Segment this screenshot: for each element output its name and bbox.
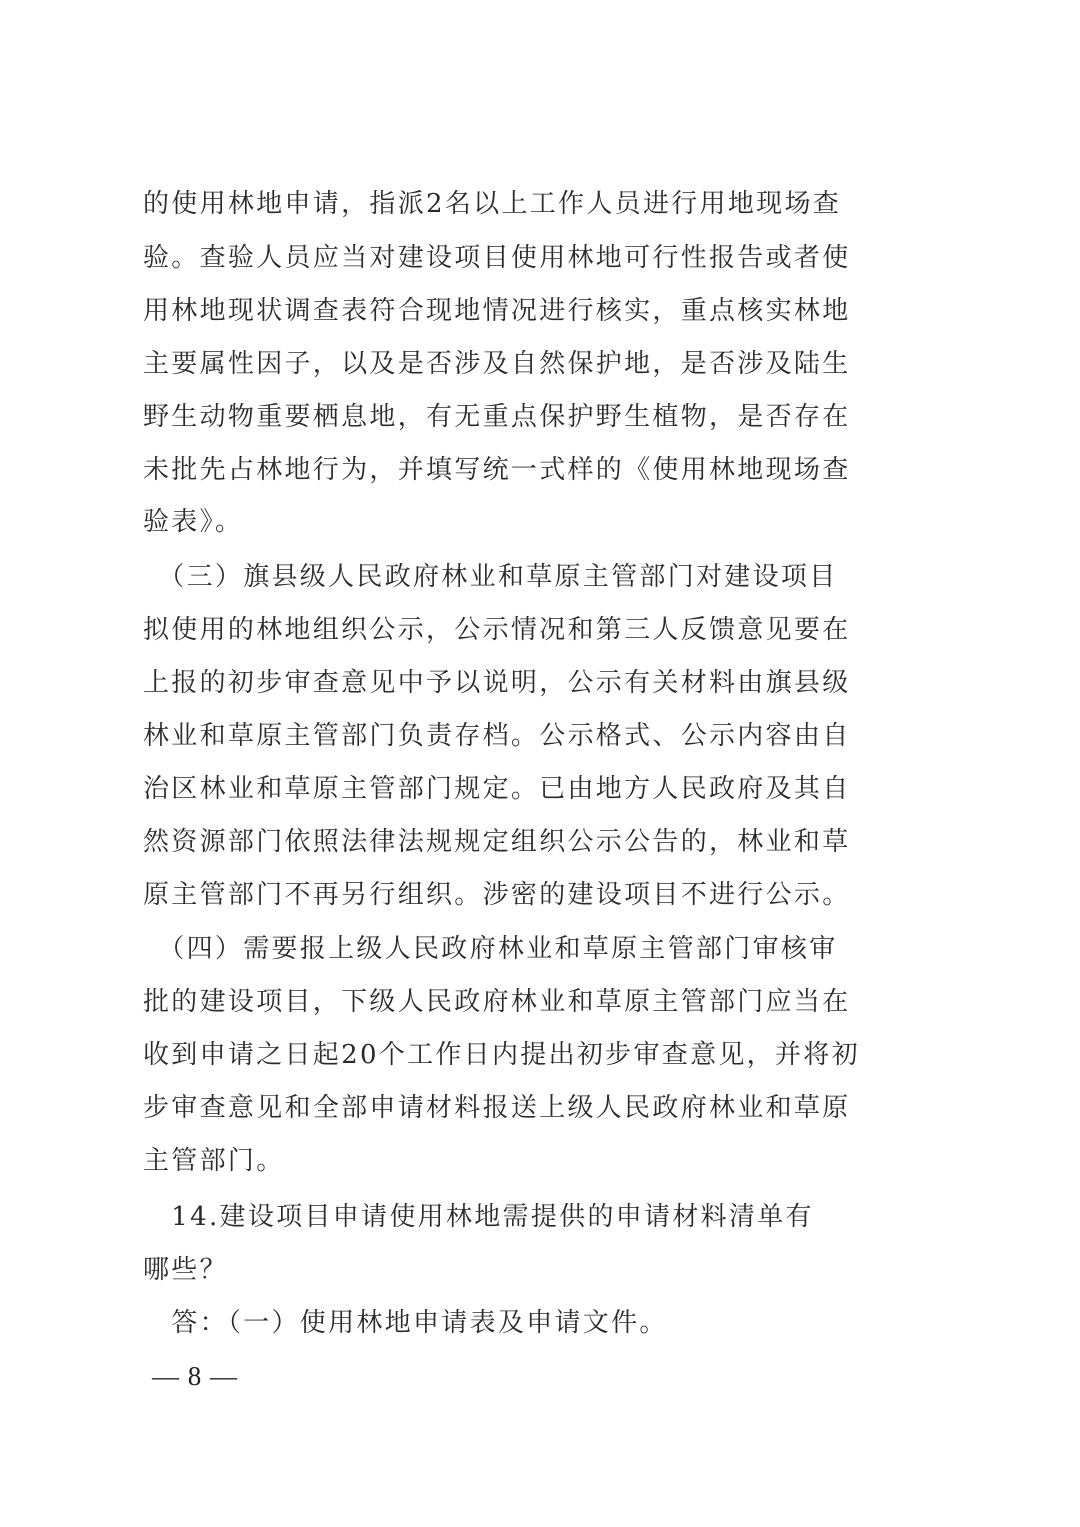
- text-line: 野生动物重要栖息地，有无重点保护野生植物，是否存在: [143, 397, 943, 437]
- answer-line: 答：（一）使用林地申请表及申请文件。: [143, 1303, 943, 1343]
- text-line: 的使用林地申请，指派2名以上工作人员进行用地现场查: [143, 184, 943, 224]
- paragraph-3-start: （三）旗县级人民政府林业和草原主管部门对建设项目: [143, 557, 943, 597]
- text-line: 收到申请之日起20个工作日内提出初步审查意见，并将初: [143, 1035, 943, 1075]
- text-line: 林业和草原主管部门负责存档。公示格式、公示内容由自: [143, 716, 943, 756]
- text-line: 用林地现状调查表符合现地情况进行核实，重点核实林地: [143, 291, 943, 331]
- text-line: 主管部门。: [143, 1141, 943, 1181]
- text-line: 步审查意见和全部申请材料报送上级人民政府林业和草原: [143, 1088, 943, 1128]
- text-line: 拟使用的林地组织公示，公示情况和第三人反馈意见要在: [143, 610, 943, 650]
- paragraph-4-start: （四）需要报上级人民政府林业和草原主管部门审核审: [143, 929, 943, 969]
- text-line: 未批先占林地行为，并填写统一式样的《使用林地现场查: [143, 450, 943, 490]
- page-number: — 8 —: [152, 1358, 238, 1394]
- text-line: 治区林业和草原主管部门规定。已由地方人民政府及其自: [143, 769, 943, 809]
- document-page: 的使用林地申请，指派2名以上工作人员进行用地现场查 验。查验人员应当对建设项目使…: [0, 0, 1080, 1527]
- text-line: 主要属性因子，以及是否涉及自然保护地，是否涉及陆生: [143, 344, 943, 384]
- question-14-heading: 14.建设项目申请使用林地需提供的申请材料清单有: [143, 1197, 943, 1237]
- question-14-heading-cont: 哪些？: [143, 1250, 943, 1290]
- text-line: 批的建设项目，下级人民政府林业和草原主管部门应当在: [143, 982, 943, 1022]
- text-line: 原主管部门不再另行组织。涉密的建设项目不进行公示。: [143, 875, 943, 915]
- text-line: 上报的初步审查意见中予以说明，公示有关材料由旗县级: [143, 663, 943, 703]
- text-line: 验表》。: [143, 502, 943, 542]
- text-line: 然资源部门依照法律法规规定组织公示公告的，林业和草: [143, 822, 943, 862]
- text-line: 验。查验人员应当对建设项目使用林地可行性报告或者使: [143, 238, 943, 278]
